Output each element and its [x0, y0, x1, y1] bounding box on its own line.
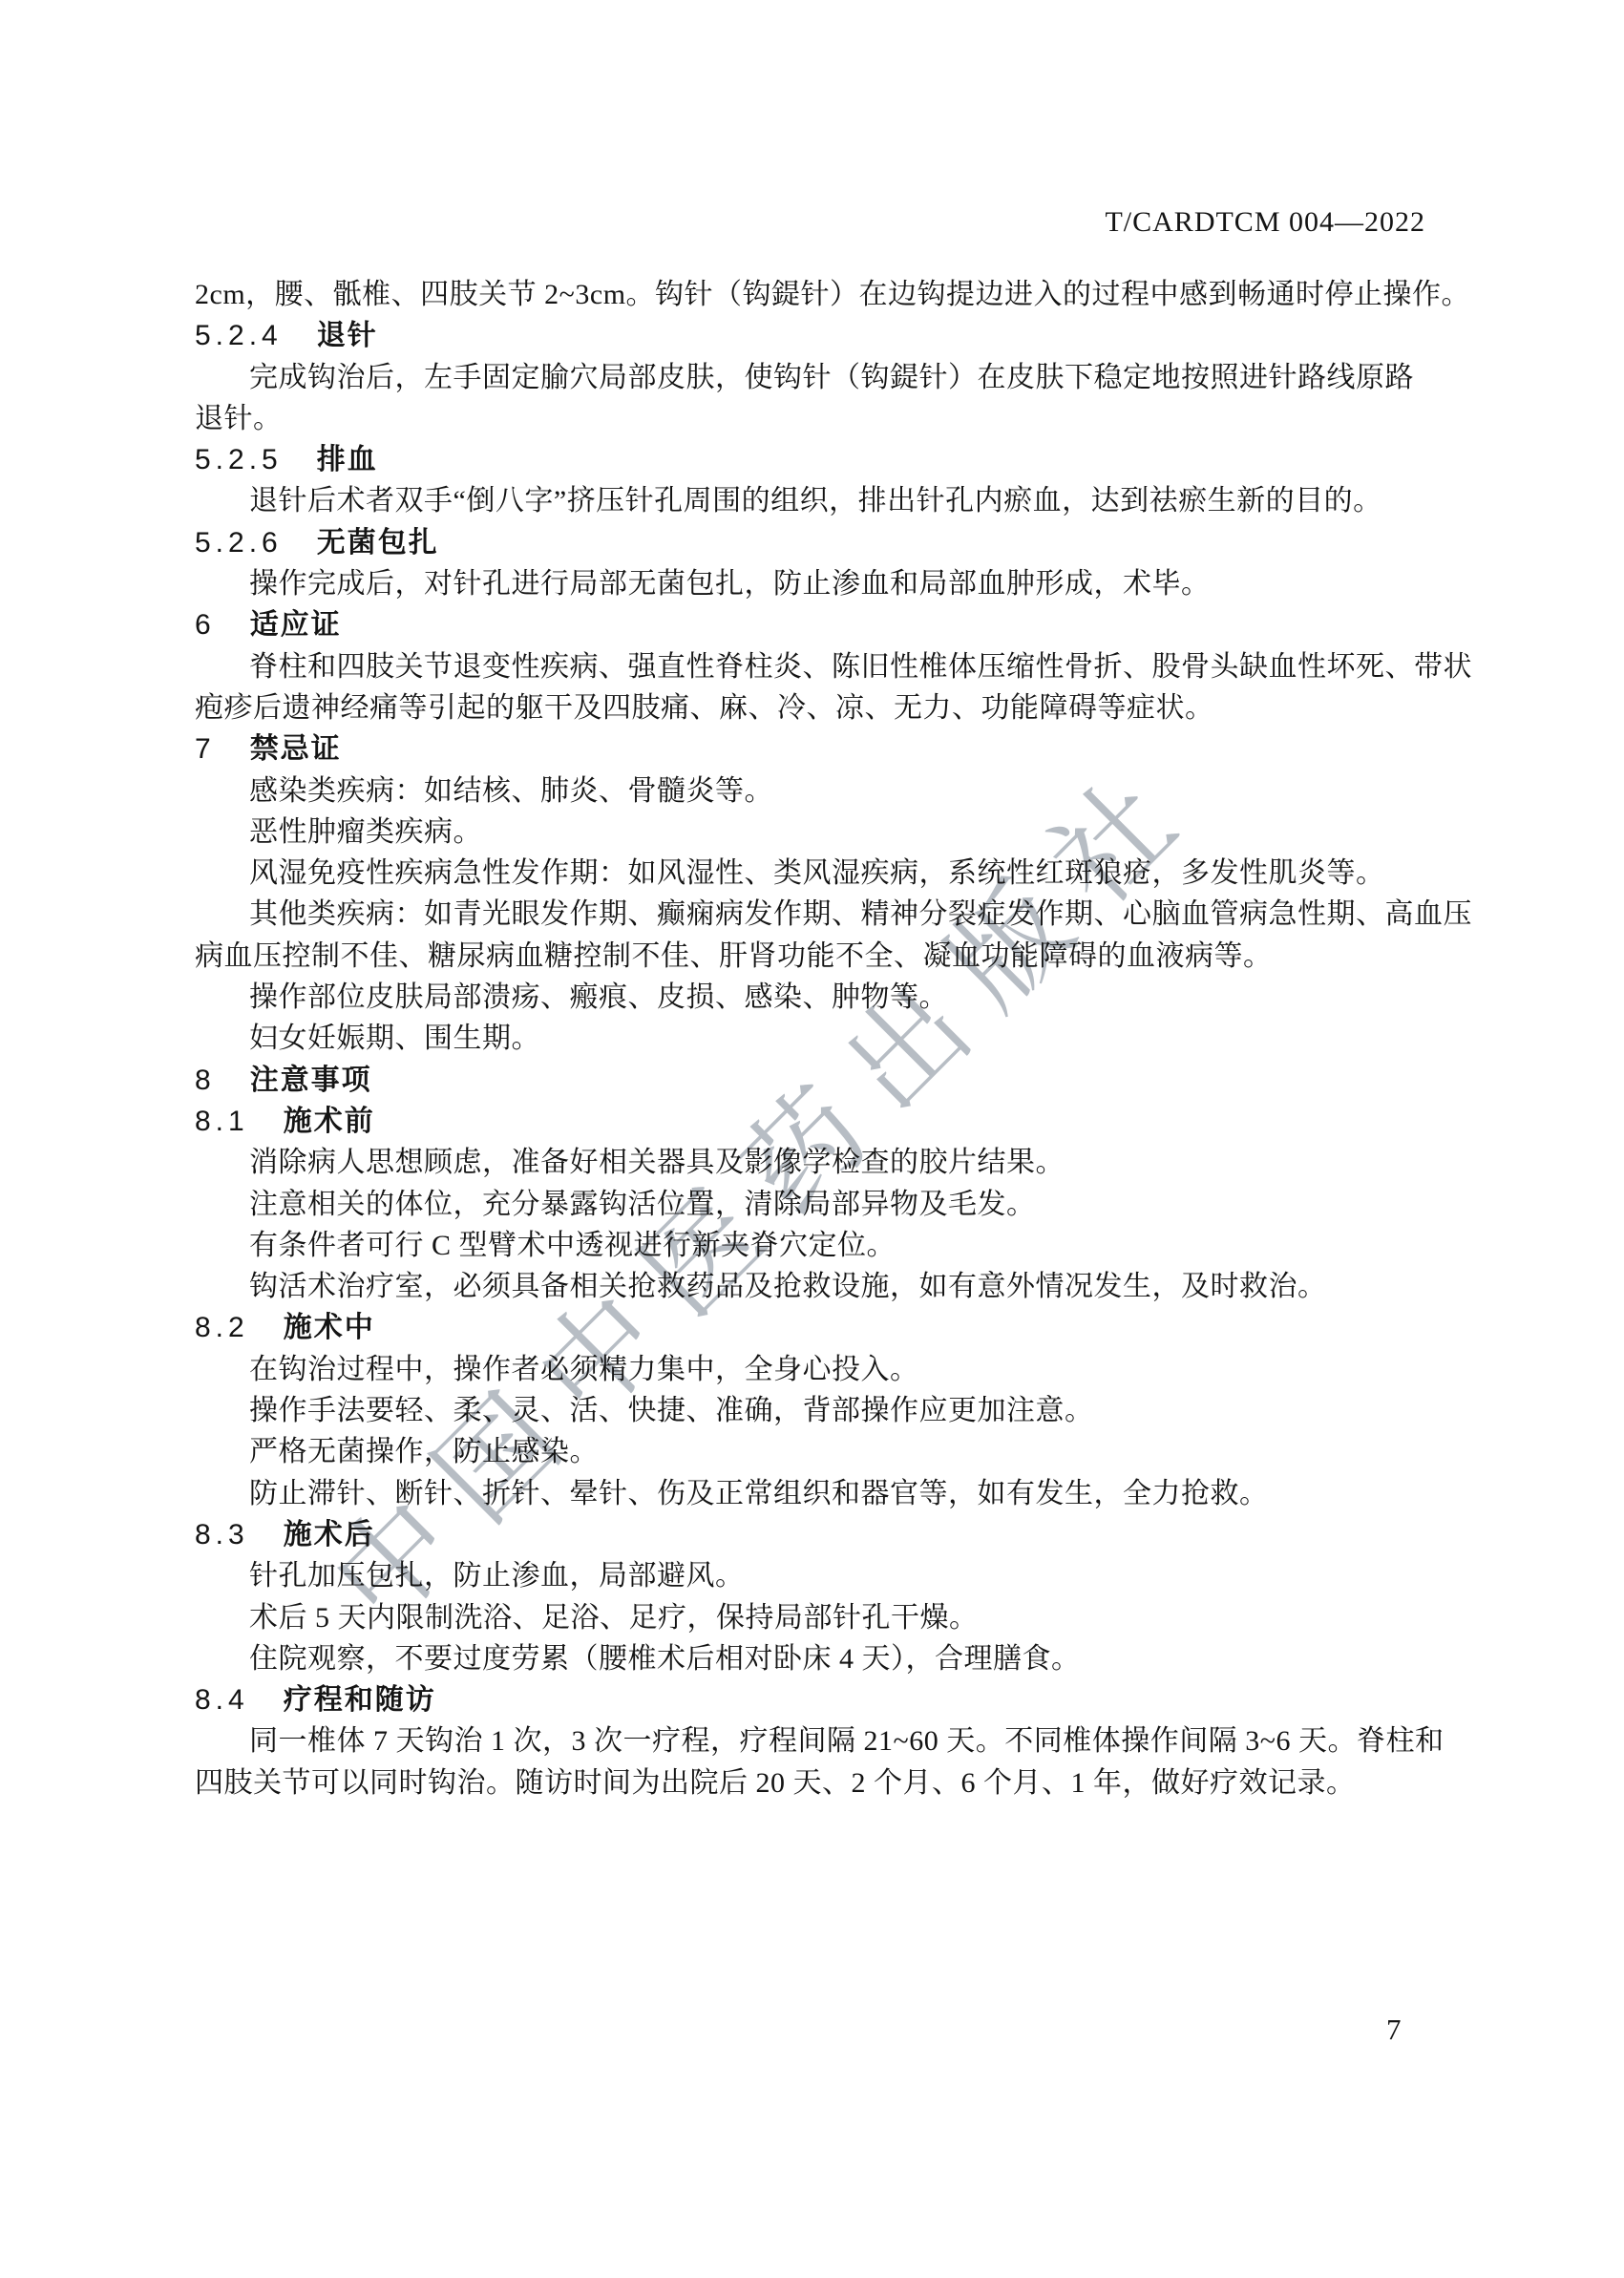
- text-line: 严格无菌操作，防止感染。: [195, 1431, 1432, 1472]
- section-heading: 8注意事项: [195, 1060, 1432, 1101]
- section-number: 5.2.6: [195, 527, 283, 559]
- section-number: 5.2.5: [195, 444, 283, 475]
- section-heading: 8.1施术前: [195, 1101, 1432, 1142]
- section-number: 8: [195, 1065, 216, 1096]
- text-line: 防止滞针、断针、折针、晕针、伤及正常组织和器官等，如有发生，全力抢救。: [195, 1473, 1432, 1514]
- section-number: 8.3: [195, 1519, 249, 1550]
- text-line: 操作完成后，对针孔进行局部无菌包扎，防止渗血和局部血肿形成，术毕。: [195, 563, 1432, 604]
- text-line: 针孔加压包扎，防止渗血，局部避风。: [195, 1555, 1432, 1596]
- document-body: 2cm，腰、骶椎、四肢关节 2~3cm。钩针（钩鍉针）在边钩提边进入的过程中感到…: [195, 274, 1432, 1803]
- text-line: 消除病人思想顾虑，准备好相关器具及影像学检查的胶片结果。: [195, 1142, 1432, 1183]
- section-heading: 8.2施术中: [195, 1307, 1432, 1348]
- text-line: 四肢关节可以同时钩治。随访时间为出院后 20 天、2 个月、6 个月、1 年，做…: [195, 1762, 1432, 1803]
- text-line: 术后 5 天内限制洗浴、足浴、足疗，保持局部针孔干燥。: [195, 1597, 1432, 1638]
- section-title: 施术中: [284, 1312, 375, 1343]
- text-line: 完成钩治后，左手固定腧穴局部皮肤，使钩针（钩鍉针）在皮肤下稳定地按照进针路线原路: [195, 357, 1432, 398]
- section-title: 排血: [317, 444, 378, 475]
- section-title: 注意事项: [250, 1065, 372, 1096]
- section-heading: 7禁忌证: [195, 728, 1432, 770]
- section-number: 5.2.4: [195, 320, 283, 351]
- section-title: 禁忌证: [250, 733, 342, 765]
- standard-number-header: T/CARDTCM 004—2022: [1105, 206, 1425, 239]
- text-line: 钩活术治疗室，必须具备相关抢救药品及抢救设施，如有意外情况发生，及时救治。: [195, 1266, 1432, 1307]
- section-number: 8.1: [195, 1106, 249, 1137]
- section-title: 无菌包扎: [317, 527, 439, 559]
- section-number: 8.2: [195, 1312, 249, 1343]
- section-heading: 5.2.4退针: [195, 315, 1432, 356]
- section-heading: 5.2.6无菌包扎: [195, 522, 1432, 563]
- section-heading: 8.4疗程和随访: [195, 1679, 1432, 1720]
- text-line: 注意相关的体位，充分暴露钩活位置，清除局部异物及毛发。: [195, 1184, 1432, 1225]
- document-page: 中国中医药出版社 T/CARDTCM 004—2022 2cm，腰、骶椎、四肢关…: [0, 0, 1624, 2278]
- text-line: 有条件者可行 C 型臂术中透视进行新夹脊穴定位。: [195, 1225, 1432, 1266]
- section-title: 疗程和随访: [284, 1684, 436, 1716]
- section-title: 退针: [317, 320, 378, 351]
- section-number: 7: [195, 733, 216, 765]
- text-line: 疱疹后遗神经痛等引起的躯干及四肢痛、麻、冷、凉、无力、功能障碍等症状。: [195, 687, 1432, 728]
- text-line: 妇女妊娠期、围生期。: [195, 1018, 1432, 1059]
- text-line: 其他类疾病：如青光眼发作期、癫痫病发作期、精神分裂症发作期、心脑血管病急性期、高…: [195, 894, 1432, 935]
- section-number: 8.4: [195, 1684, 249, 1716]
- section-title: 适应证: [250, 609, 342, 641]
- section-heading: 5.2.5排血: [195, 439, 1432, 480]
- section-title: 施术前: [284, 1106, 375, 1137]
- text-line: 脊柱和四肢关节退变性疾病、强直性脊柱炎、陈旧性椎体压缩性骨折、股骨头缺血性坏死、…: [195, 646, 1432, 687]
- text-line: 同一椎体 7 天钩治 1 次，3 次一疗程，疗程间隔 21~60 天。不同椎体操…: [195, 1720, 1432, 1761]
- page-number: 7: [1386, 2013, 1402, 2047]
- text-line: 病血压控制不佳、糖尿病血糖控制不佳、肝肾功能不全、凝血功能障碍的血液病等。: [195, 936, 1432, 977]
- text-line: 退针。: [195, 398, 1432, 439]
- section-heading: 8.3施术后: [195, 1514, 1432, 1555]
- text-line: 风湿免疫性疾病急性发作期：如风湿性、类风湿疾病，系统性红斑狼疮，多发性肌炎等。: [195, 853, 1432, 894]
- section-heading: 6适应证: [195, 604, 1432, 645]
- section-title: 施术后: [284, 1519, 375, 1550]
- text-line: 操作手法要轻、柔、灵、活、快捷、准确，背部操作应更加注意。: [195, 1390, 1432, 1431]
- text-line: 2cm，腰、骶椎、四肢关节 2~3cm。钩针（钩鍉针）在边钩提边进入的过程中感到…: [195, 274, 1432, 315]
- text-line: 退针后术者双手“倒八字”挤压针孔周围的组织，排出针孔内瘀血，达到祛瘀生新的目的。: [195, 480, 1432, 521]
- text-line: 操作部位皮肤局部溃疡、瘢痕、皮损、感染、肿物等。: [195, 977, 1432, 1018]
- text-line: 在钩治过程中，操作者必须精力集中，全身心投入。: [195, 1349, 1432, 1390]
- text-line: 恶性肿瘤类疾病。: [195, 812, 1432, 853]
- text-line: 感染类疾病：如结核、肺炎、骨髓炎等。: [195, 770, 1432, 812]
- text-line: 住院观察，不要过度劳累（腰椎术后相对卧床 4 天），合理膳食。: [195, 1638, 1432, 1679]
- section-number: 6: [195, 609, 216, 641]
